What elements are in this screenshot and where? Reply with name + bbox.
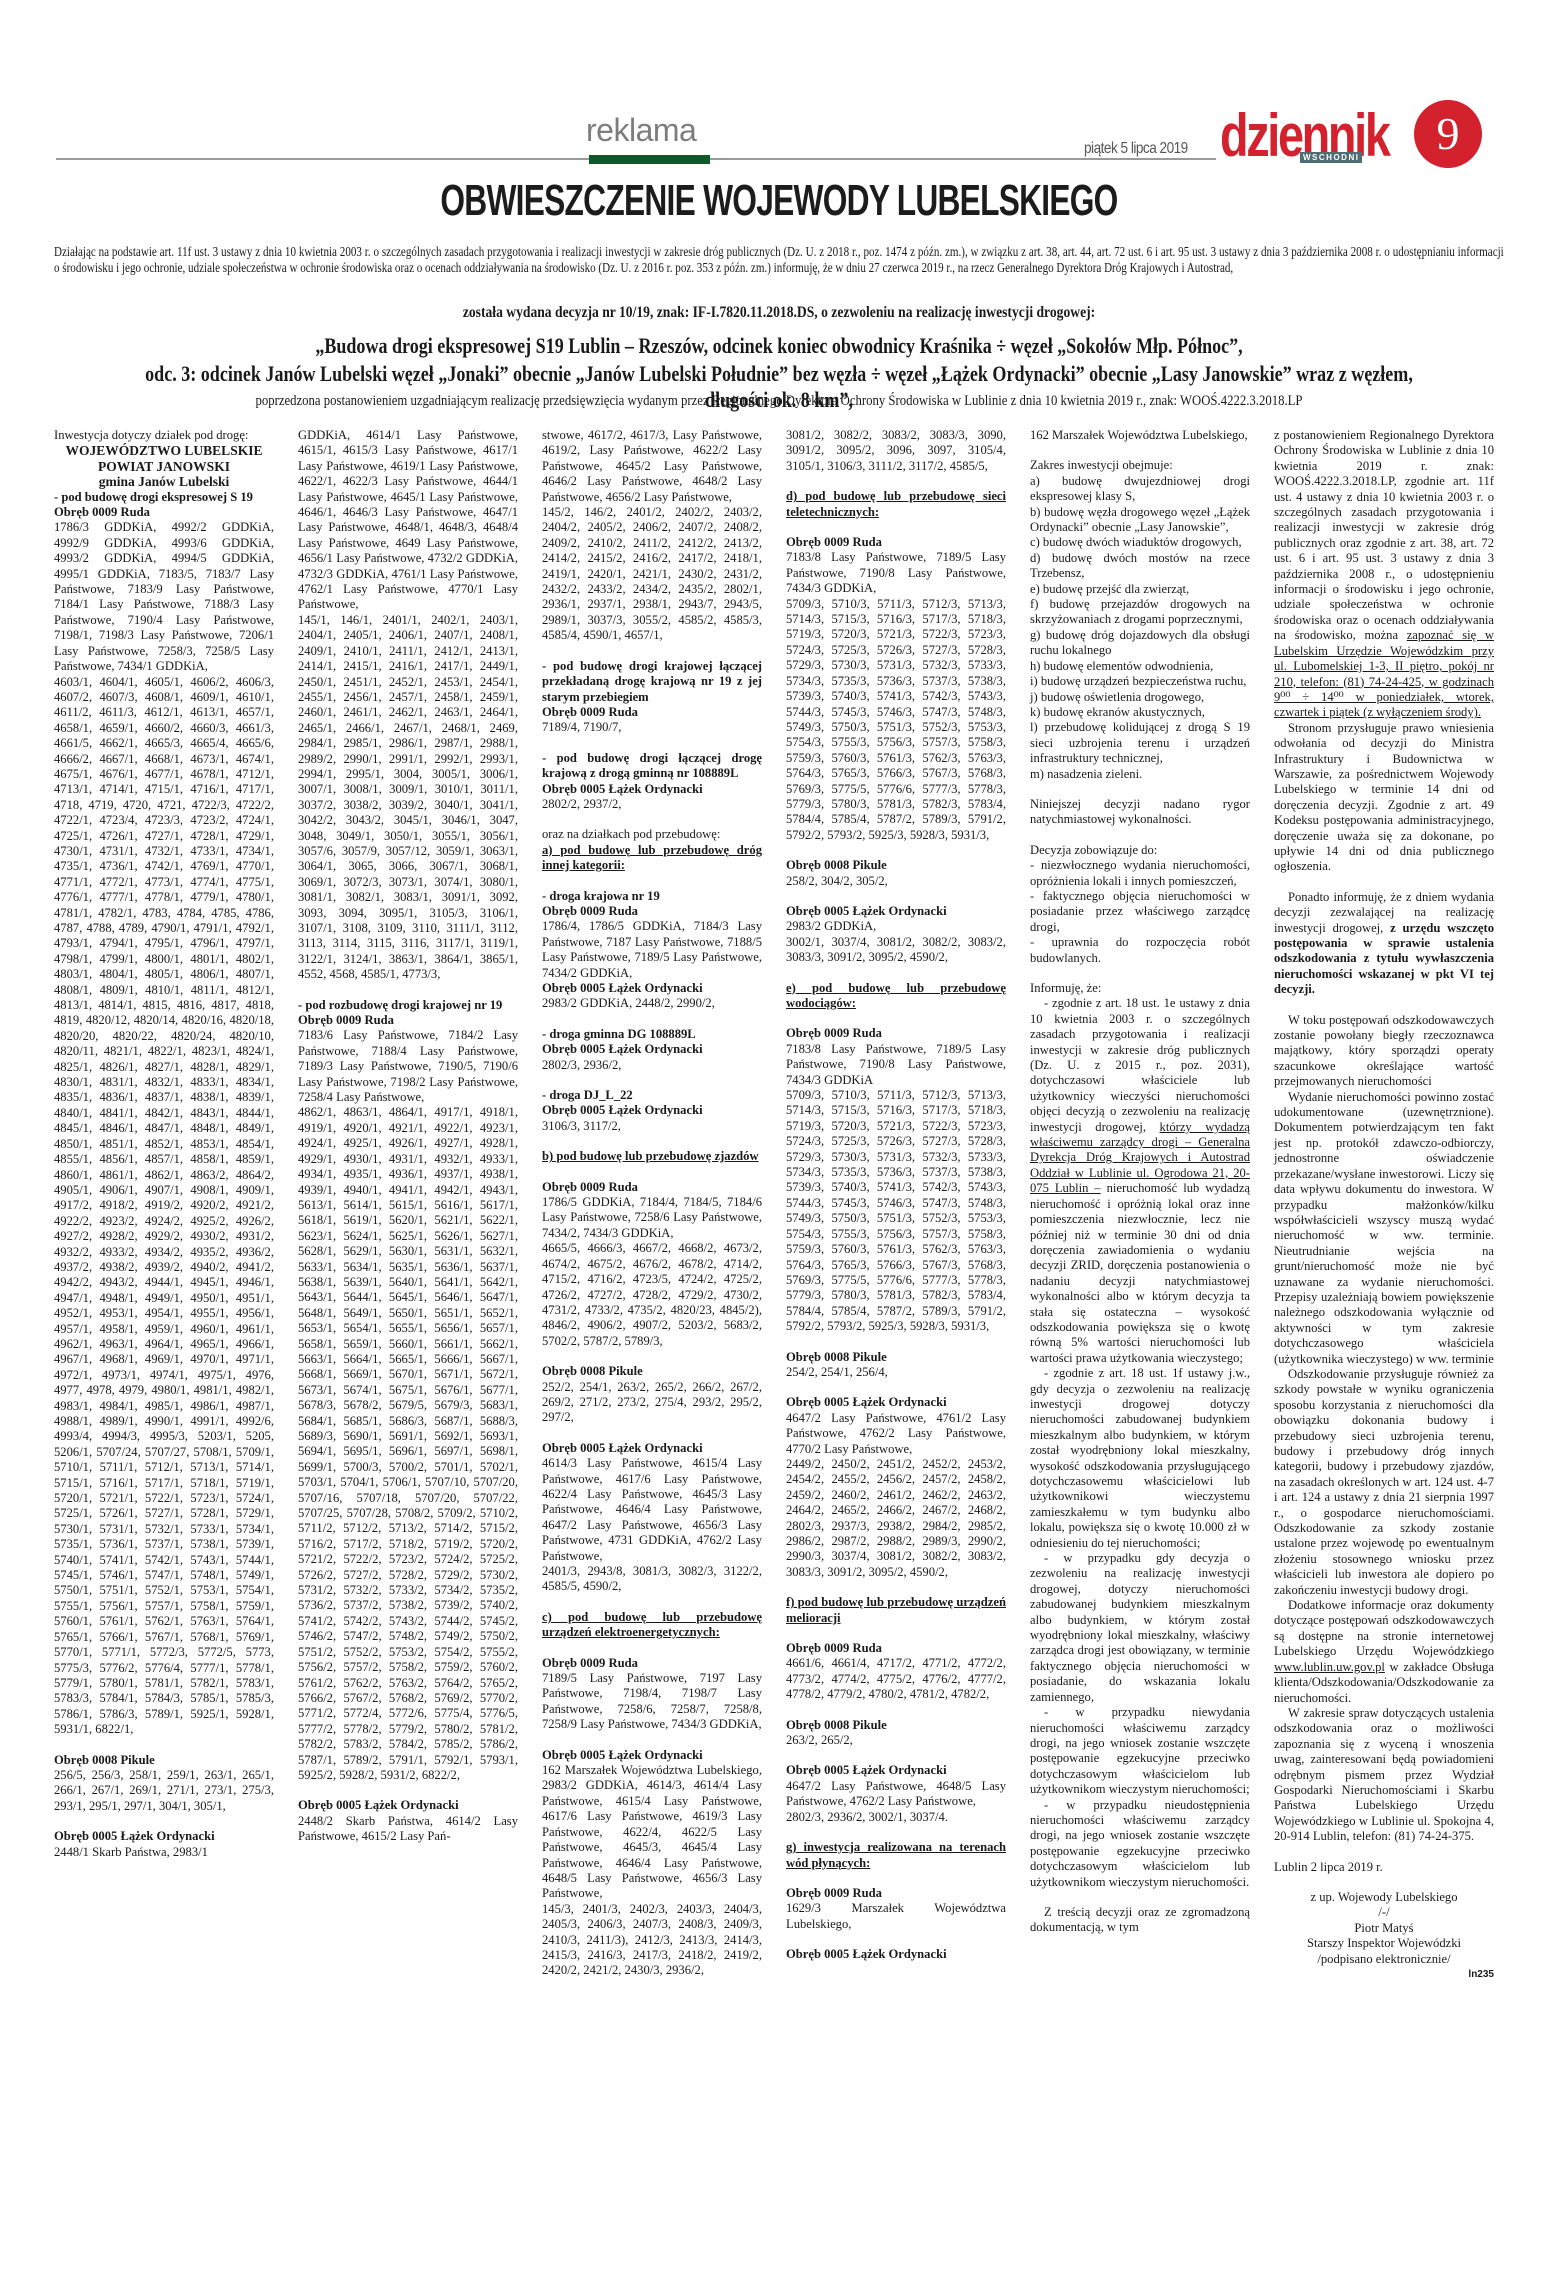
obligations-heading: Decyzja zobowiązuje do: bbox=[1030, 843, 1250, 858]
text: Dodatkowe informacje oraz dokumenty doty… bbox=[1274, 1598, 1494, 1658]
column-2: GDDKiA, 4614/1 Lasy Państwowe, 4615/1, 4… bbox=[298, 428, 518, 1845]
info-heading: Informuję, że: bbox=[1030, 981, 1250, 996]
precinct-heading: Obręb 0008 Pikule bbox=[786, 1350, 1006, 1365]
parcel-list: 256/5, 256/3, 258/1, 259/1, 263/1, 265/1… bbox=[54, 1768, 274, 1814]
parcel-list: 7183/6 Lasy Państwowe, 7184/2 Lasy Państ… bbox=[298, 1028, 518, 1105]
subsection-heading: - pod budowę drogi krajowej łączącej prz… bbox=[542, 659, 762, 705]
paragraph: Ponadto informuję, że z dniem wydania de… bbox=[1274, 890, 1494, 998]
precinct-heading: Obręb 0009 Ruda bbox=[542, 1656, 762, 1671]
parcel-list: 7183/8 Lasy Państwowe, 7189/5 Lasy Państ… bbox=[786, 550, 1006, 596]
subsection-heading: - droga krajowa nr 19 bbox=[542, 889, 762, 904]
parcel-list: 254/2, 254/1, 256/4, bbox=[786, 1365, 1006, 1380]
precinct-heading: Obręb 0008 Pikule bbox=[786, 1718, 1006, 1733]
paragraph: Z treścią decyzji oraz ze zgromadzoną do… bbox=[1030, 1905, 1250, 1936]
scope-item: e) budowę przejść dla zwierząt, bbox=[1030, 582, 1250, 597]
parcel-list: 3081/2, 3082/2, 3083/2, 3083/3, 3090, 30… bbox=[786, 428, 1006, 474]
precinct-heading: Obręb 0009 Ruda bbox=[542, 904, 762, 919]
precinct-heading: Obręb 0005 Łążek Ordynacki bbox=[298, 1798, 518, 1813]
category-heading: c) pod budowę lub przebudowę urządzeń el… bbox=[542, 1610, 762, 1641]
subsection-heading: - droga DJ_L_22 bbox=[542, 1088, 762, 1103]
parcel-list: 4603/1, 4604/1, 4605/1, 4606/2, 4606/3, … bbox=[54, 675, 274, 1738]
precinct-heading: Obręb 0005 Łążek Ordynacki bbox=[542, 981, 762, 996]
precinct-heading: Obręb 0009 Ruda bbox=[542, 1180, 762, 1195]
precinct-heading: Obręb 0005 Łążek Ordynacki bbox=[54, 1829, 274, 1844]
parcel-list: 4661/6, 4661/4, 4717/2, 4771/2, 4772/2, … bbox=[786, 1656, 1006, 1702]
scope-item: f) budowę przejazdów drogowych na skrzyż… bbox=[1030, 597, 1250, 628]
parcel-list: 7183/8 Lasy Państwowe, 7189/5 Lasy Państ… bbox=[786, 1042, 1006, 1088]
page-number-badge: 9 bbox=[1414, 100, 1482, 168]
parcel-list: 4665/5, 4666/3, 4667/2, 4668/2, 4673/2, … bbox=[542, 1241, 762, 1349]
info-paragraph: - w przypadku nieudostępnienia nieruchom… bbox=[1030, 1798, 1250, 1890]
scope-item: m) nasadzenia zieleni. bbox=[1030, 767, 1250, 782]
signature-note: /podpisano elektronicznie/ bbox=[1274, 1952, 1494, 1967]
text: - zgodnie z art. 18 ust. 1e ustawy z dni… bbox=[1030, 996, 1250, 1133]
precinct-heading: Obręb 0008 Pikule bbox=[786, 858, 1006, 873]
precinct-heading: Obręb 0009 Ruda bbox=[54, 505, 274, 520]
paragraph: Wydanie nieruchomości powinno zostać udo… bbox=[1274, 1090, 1494, 1367]
parcel-list: 2802/2, 2937/2, bbox=[542, 797, 762, 812]
scope-item: d) budowę dwóch mostów na rzece Trzebens… bbox=[1030, 551, 1250, 582]
logo-subtitle: WSCHODNI bbox=[1300, 152, 1362, 163]
parcel-list: 3002/1, 3037/4, 3081/2, 3082/2, 3083/2, … bbox=[786, 935, 1006, 966]
notice-body: Inwestycja dotyczy działek pod drogę: WO… bbox=[54, 428, 1504, 2248]
column-4: 3081/2, 3082/2, 3083/2, 3083/3, 3090, 30… bbox=[786, 428, 1006, 1963]
info-paragraph: - w przypadku gdy decyzja o zezwoleniu n… bbox=[1030, 1551, 1250, 1705]
precinct-heading: Obręb 0005 Łążek Ordynacki bbox=[542, 1103, 762, 1118]
precinct-heading: Obręb 0008 Pikule bbox=[54, 1753, 274, 1768]
parcel-list: 263/2, 265/2, bbox=[786, 1733, 1006, 1748]
paragraph: Niniejszej decyzji nadano rygor natychmi… bbox=[1030, 797, 1250, 828]
scope-item: c) budowę dwóch wiaduktów drogowych, bbox=[1030, 535, 1250, 550]
precinct-heading: Obręb 0005 Łążek Ordynacki bbox=[542, 1748, 762, 1763]
precinct-heading: Obręb 0005 Łążek Ordynacki bbox=[542, 1042, 762, 1057]
section-accent-bar bbox=[589, 155, 710, 164]
decision-line: została wydana decyzja nr 10/19, znak: I… bbox=[117, 304, 1441, 322]
parcel-list: 7189/4, 7190/7, bbox=[542, 720, 762, 735]
precinct-heading: Obręb 0009 Ruda bbox=[786, 535, 1006, 550]
subsection-heading: - pod rozbudowę drogi krajowej nr 19 bbox=[298, 998, 518, 1013]
parcel-list: 1786/4, 1786/5 GDDKiA, 7184/3 Lasy Państ… bbox=[542, 919, 762, 981]
scope-heading: Zakres inwestycji obejmuje: bbox=[1030, 458, 1250, 473]
text: z postanowieniem Regionalnego Dyrektora … bbox=[1274, 428, 1494, 642]
precinct-heading: Obręb 0009 Ruda bbox=[786, 1886, 1006, 1901]
parcel-list: 145/1, 146/1, 2401/1, 2402/1, 2403/1, 24… bbox=[298, 613, 518, 983]
page-title: OBWIESZCZENIE WOJEWODY LUBELSKIEGO bbox=[218, 176, 1340, 226]
appeal-paragraph: Stronom przysługuje prawo wniesienia odw… bbox=[1274, 721, 1494, 875]
parcel-list: 2449/2, 2450/2, 2451/2, 2452/2, 2453/2, … bbox=[786, 1457, 1006, 1580]
category-heading: a) pod budowę lub przebudowę dróg innej … bbox=[542, 843, 762, 874]
scope-item: b) budowę węzła drogowego węzeł „Łążek O… bbox=[1030, 505, 1250, 536]
parcel-list: 145/2, 146/2, 2401/2, 2402/2, 2403/2, 24… bbox=[542, 505, 762, 644]
signatory-name: Piotr Matyś bbox=[1274, 1921, 1494, 1936]
obligation-item: - niezwłocznego wydania nieruchomości, o… bbox=[1030, 858, 1250, 889]
column-5: 162 Marszałek Województwa Lubelskiego, Z… bbox=[1030, 428, 1250, 1936]
precinct-heading: Obręb 0005 Łążek Ordynacki bbox=[786, 1763, 1006, 1778]
precinct-heading: Obręb 0005 Łążek Ordynacki bbox=[542, 1441, 762, 1456]
paragraph: W zakresie spraw dotyczących ustalenia o… bbox=[1274, 1706, 1494, 1845]
section-label: reklama bbox=[586, 112, 696, 149]
scope-item: h) budowę elementów odwodnienia, bbox=[1030, 659, 1250, 674]
parcel-list: GDDKiA, 4614/1 Lasy Państwowe, 4615/1, 4… bbox=[298, 428, 518, 613]
parcel-list: 2802/3, 2936/2, 3002/1, 3037/4. bbox=[786, 1810, 1006, 1825]
scope-item: l) przebudowę kolidującej z drogą S 19 s… bbox=[1030, 720, 1250, 766]
category-heading: g) inwestycja realizowana na terenach wó… bbox=[786, 1840, 1006, 1871]
parcel-list: 1629/3 Marszałek Województwa Lubelskiego… bbox=[786, 1901, 1006, 1932]
project-title-line-1: „Budowa drogi ekspresowej S19 Lublin – R… bbox=[140, 333, 1418, 359]
info-paragraph: - w przypadku niewydania nieruchomości w… bbox=[1030, 1705, 1250, 1797]
parcel-list: 4862/1, 4863/1, 4864/1, 4917/1, 4918/1, … bbox=[298, 1105, 518, 1783]
county-heading: POWIAT JANOWSKI bbox=[54, 459, 274, 474]
parcel-list: 4614/3 Lasy Państwowe, 4615/4 Lasy Państ… bbox=[542, 1456, 762, 1564]
signature-line: /-/ bbox=[1274, 1905, 1494, 1920]
region-heading: WOJEWÓDZTWO LUBELSKIE bbox=[54, 443, 274, 458]
precinct-heading: Obręb 0009 Ruda bbox=[542, 705, 762, 720]
parcel-list: 162 Marszałek Województwa Lubelskiego, 2… bbox=[542, 1763, 762, 1902]
precinct-heading: Obręb 0005 Łążek Ordynacki bbox=[542, 782, 762, 797]
precinct-heading: Obręb 0009 Ruda bbox=[786, 1641, 1006, 1656]
subsection-heading: - pod budowę drogi łączącej drogę krajow… bbox=[542, 751, 762, 782]
category-heading: f) pod budowę lub przebudowę urządzeń me… bbox=[786, 1595, 1006, 1626]
parcel-list: 4647/2 Lasy Państwowe, 4761/2 Lasy Państ… bbox=[786, 1411, 1006, 1457]
info-paragraph: - zgodnie z art. 18 ust. 1e ustawy z dni… bbox=[1030, 996, 1250, 1366]
scope-item: j) budowę oświetlenia drogowego, bbox=[1030, 690, 1250, 705]
obligation-item: - faktycznego objęcia nieruchomości w po… bbox=[1030, 889, 1250, 935]
precinct-heading: Obręb 0009 Ruda bbox=[786, 1026, 1006, 1041]
parcel-list: 2983/2 GDDKiA, 2448/2, 2990/2, bbox=[542, 996, 762, 1011]
subsection-heading: - pod budowę drogi ekspresowej S 19 bbox=[54, 490, 274, 505]
column-1: Inwestycja dotyczy działek pod drogę: WO… bbox=[54, 428, 274, 1860]
column-3: stwowe, 4617/2, 4617/3, Lasy Państwowe, … bbox=[542, 428, 762, 1979]
parcel-list: 1786/5 GDDKiA, 7184/4, 7184/5, 7184/6 La… bbox=[542, 1195, 762, 1241]
place-date: Lublin 2 lipca 2019 r. bbox=[1274, 1860, 1494, 1875]
parcel-list: stwowe, 4617/2, 4617/3, Lasy Państwowe, … bbox=[542, 428, 762, 505]
parcel-list: 5709/3, 5710/3, 5711/3, 5712/3, 5713/3, … bbox=[786, 597, 1006, 844]
parcel-list: 4647/2 Lasy Państwowe, 4648/5 Lasy Państ… bbox=[786, 1779, 1006, 1810]
masthead: reklama piątek 5 lipca 2019 dziennik WSC… bbox=[0, 0, 1558, 170]
parcel-list: 3106/3, 3117/2, bbox=[542, 1119, 762, 1134]
text: nieruchomość lub wydadzą nieruchomość i … bbox=[1030, 1181, 1250, 1364]
ad-code: ln235 bbox=[1274, 1967, 1494, 1982]
signature-line: z up. Wojewody Lubelskiego bbox=[1274, 1890, 1494, 1905]
parcel-list: 5709/3, 5710/3, 5711/3, 5712/3, 5713/3, … bbox=[786, 1088, 1006, 1335]
precinct-heading: Obręb 0008 Pikule bbox=[542, 1364, 762, 1379]
category-heading: d) pod budowę lub przebudowę sieci telet… bbox=[786, 489, 1006, 520]
parcel-list: 2448/1 Skarb Państwa, 2983/1 bbox=[54, 1845, 274, 1860]
parcel-list: 2983/2 GDDKiA, bbox=[786, 919, 1006, 934]
info-paragraph: - zgodnie z art. 18 ust. 1f ustawy j.w.,… bbox=[1030, 1366, 1250, 1551]
parcel-list: 252/2, 254/1, 263/2, 265/2, 266/2, 267/2… bbox=[542, 1380, 762, 1426]
paragraph: Dodatkowe informacje oraz dokumenty doty… bbox=[1274, 1598, 1494, 1706]
paragraph: W toku postępowań odszkodowawczych zosta… bbox=[1274, 1013, 1494, 1090]
category-heading: e) pod budowę lub przebudowę wodociągów: bbox=[786, 981, 1006, 1012]
column-6: z postanowieniem Regionalnego Dyrektora … bbox=[1274, 428, 1494, 1982]
signatory-title: Starszy Inspektor Wojewódzki bbox=[1274, 1936, 1494, 1951]
parcel-list: 7189/5 Lasy Państwowe, 7197 Lasy Państwo… bbox=[542, 1671, 762, 1733]
scope-item: i) budowę urządzeń bezpieczeństwa ruchu, bbox=[1030, 674, 1250, 689]
paragraph: oraz na działkach pod przebudowę: bbox=[542, 827, 762, 842]
preceded-by-line: poprzedzona postanowieniem uzgadniającym… bbox=[117, 393, 1441, 410]
precinct-heading: Obręb 0005 Łążek Ordynacki bbox=[786, 1395, 1006, 1410]
subsection-heading: - droga gminna DG 108889L bbox=[542, 1027, 762, 1042]
category-heading: b) pod budowę lub przebudowę zjazdów bbox=[542, 1149, 762, 1164]
obligation-item: - uprawnia do rozpoczęcia robót budowlan… bbox=[1030, 935, 1250, 966]
scope-item: g) budowę dróg dojazdowych dla obsługi r… bbox=[1030, 628, 1250, 659]
parcel-list: 162 Marszałek Województwa Lubelskiego, bbox=[1030, 428, 1250, 443]
paragraph: z postanowieniem Regionalnego Dyrektora … bbox=[1274, 428, 1494, 721]
parcel-list: 2401/3, 2943/8, 3081/3, 3082/3, 3122/2, … bbox=[542, 1564, 762, 1595]
scope-item: a) budowę dwujezdniowej drogi ekspresowe… bbox=[1030, 474, 1250, 505]
commune-heading: gmina Janów Lubelski bbox=[54, 474, 274, 489]
newspaper-logo: dziennik WSCHODNI bbox=[1220, 108, 1436, 164]
issue-date: piątek 5 lipca 2019 bbox=[1084, 140, 1188, 158]
paragraph: Odszkodowanie przysługuje również za szk… bbox=[1274, 1367, 1494, 1598]
website-link[interactable]: www.lublin.uw.gov.pl bbox=[1274, 1660, 1385, 1674]
scope-item: k) budowę ekranów akustycznych, bbox=[1030, 705, 1250, 720]
parcel-list: 2802/3, 2936/2, bbox=[542, 1058, 762, 1073]
precinct-heading: Obręb 0005 Łążek Ordynacki bbox=[786, 904, 1006, 919]
parcel-list: 145/3, 2401/3, 2402/3, 2403/3, 2404/3, 2… bbox=[542, 1902, 762, 1979]
parcel-list: 2448/2 Skarb Państwa, 4614/2 Lasy Państw… bbox=[298, 1814, 518, 1845]
parcel-list: 1786/3 GDDKiA, 4992/2 GDDKiA, 4992/9 GDD… bbox=[54, 520, 274, 674]
paragraph: Inwestycja dotyczy działek pod drogę: bbox=[54, 428, 274, 443]
parcel-list: 258/2, 304/2, 305/2, bbox=[786, 874, 1006, 889]
precinct-heading: Obręb 0009 Ruda bbox=[298, 1013, 518, 1028]
precinct-heading: Obręb 0005 Łążek Ordynacki bbox=[786, 1947, 1006, 1962]
intro-paragraph: Działając na podstawie art. 11f ust. 3 u… bbox=[54, 244, 1504, 276]
